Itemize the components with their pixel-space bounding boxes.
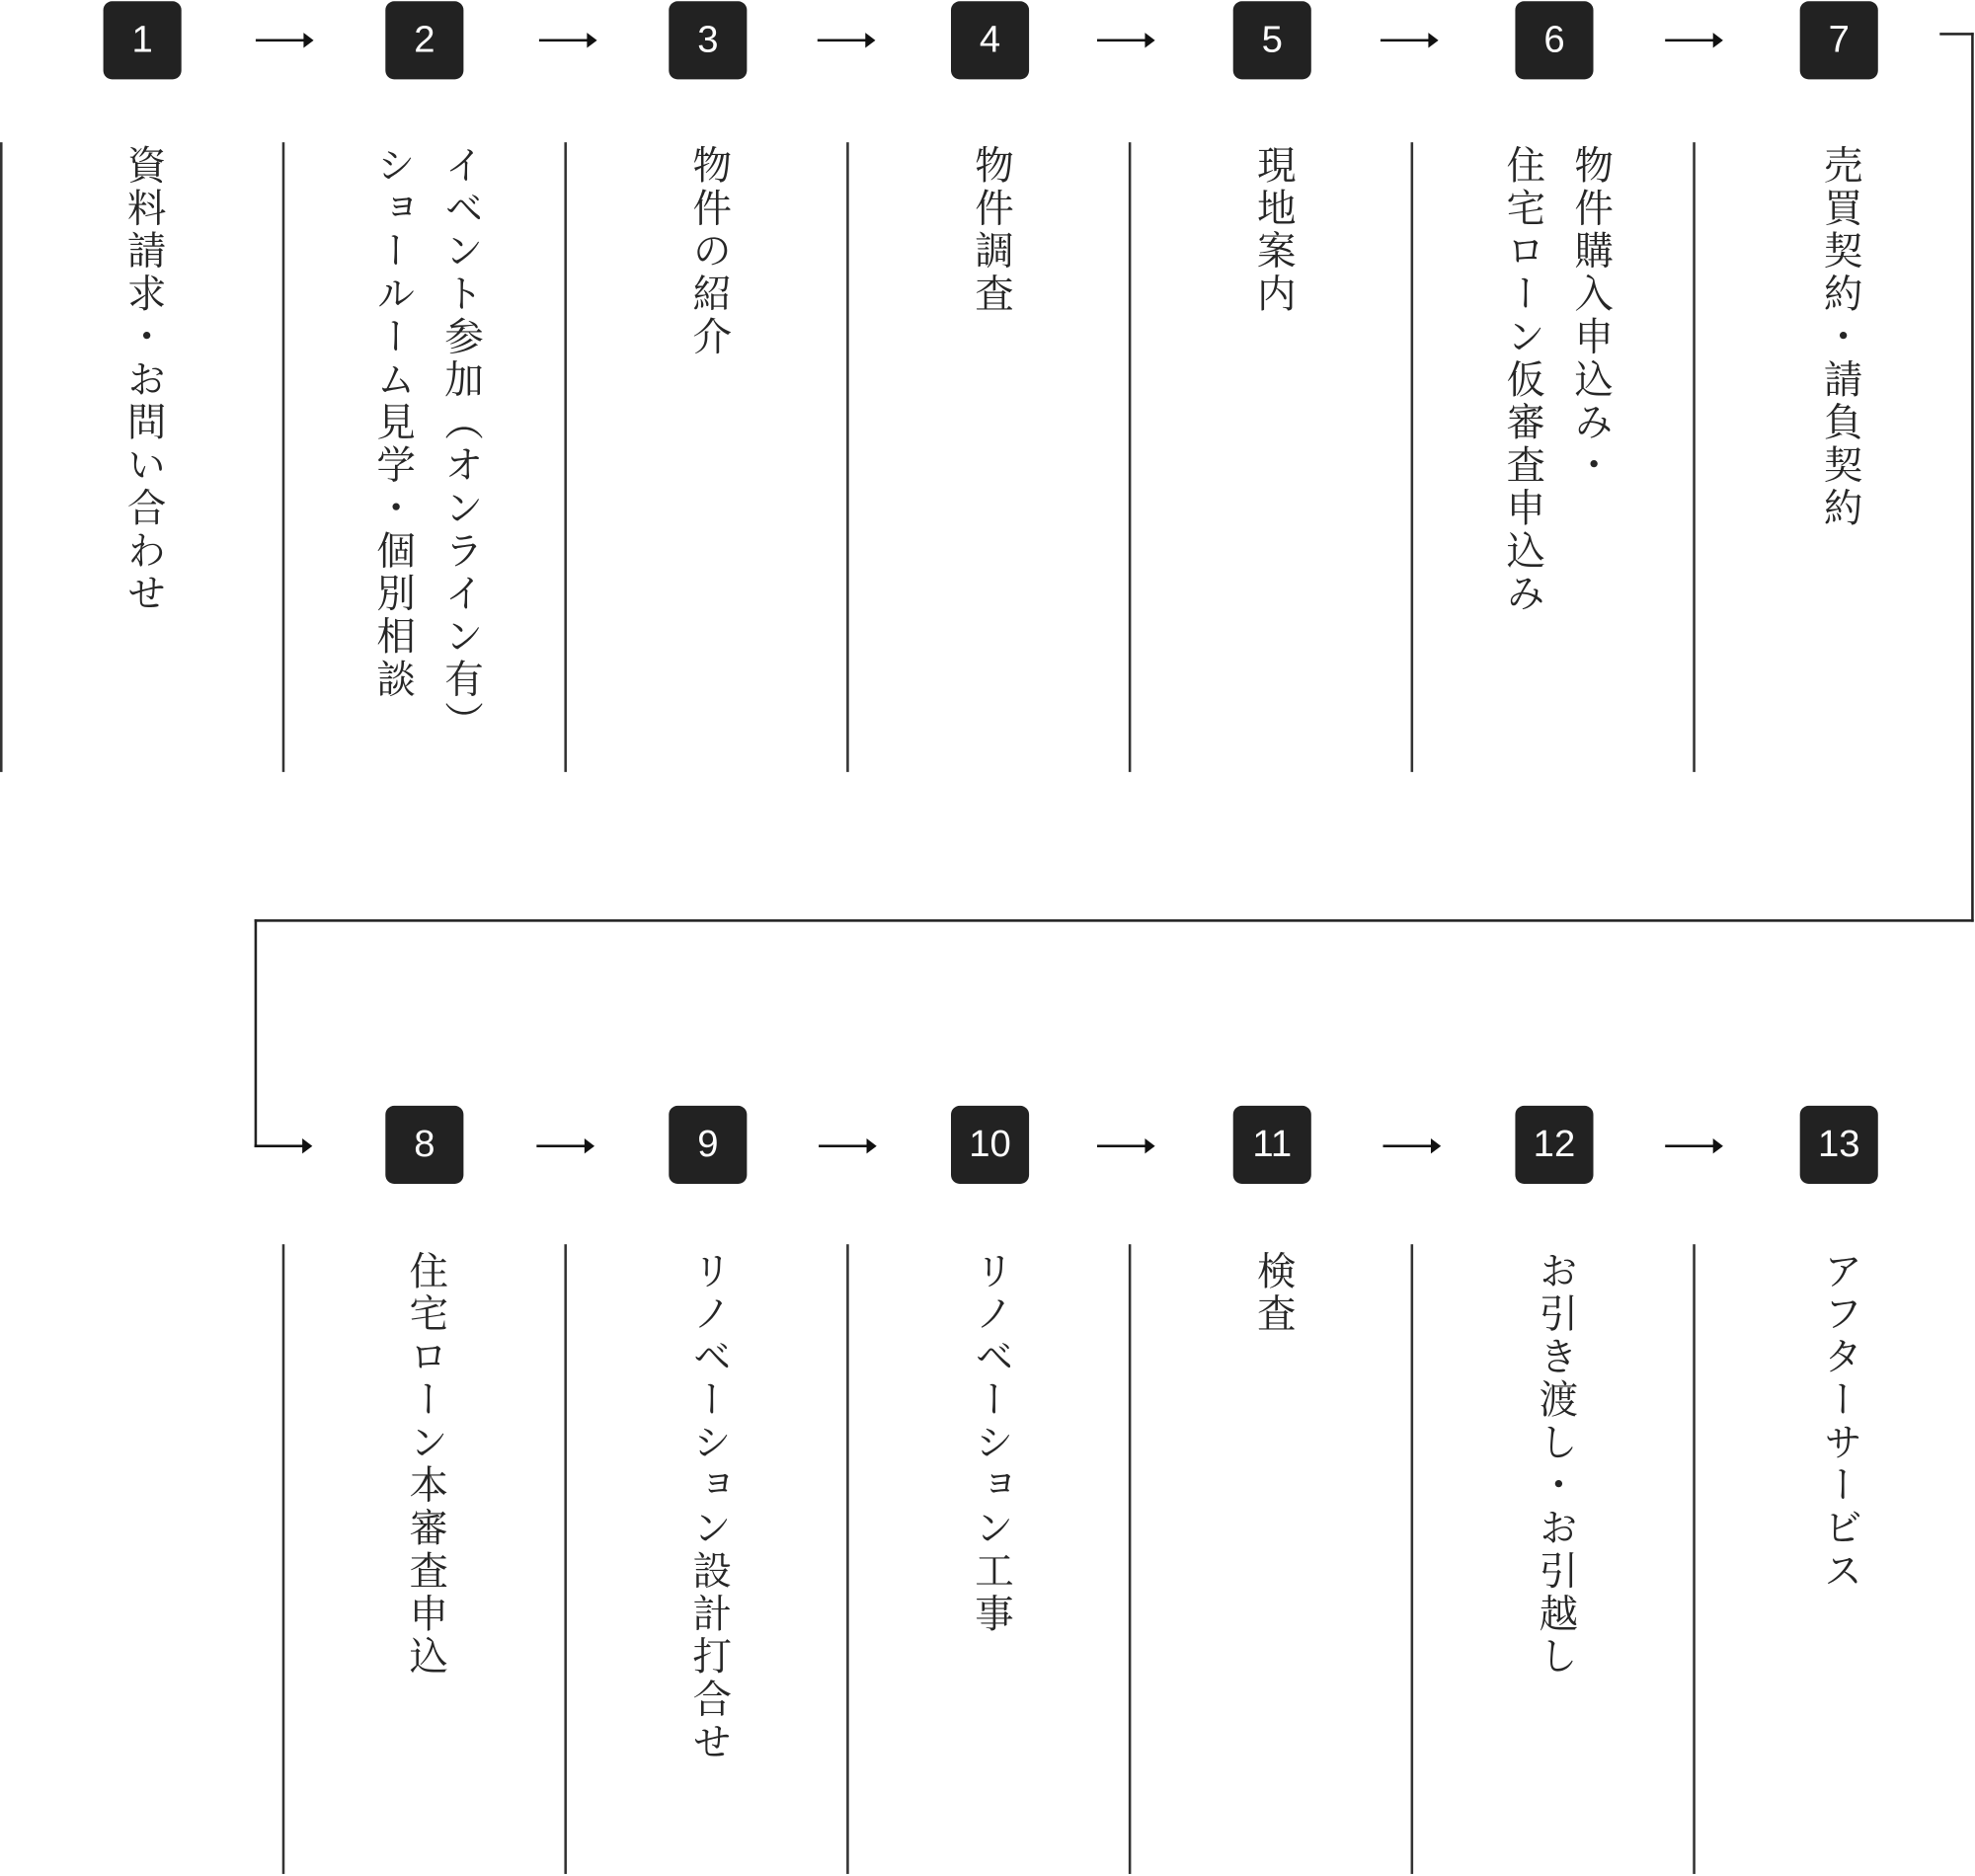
step-label-3: 物件の紹介 [673, 145, 742, 359]
right-arrow-icon [818, 39, 868, 42]
step-box-11: 11 [1233, 1106, 1311, 1184]
right-arrow-icon [1381, 39, 1431, 42]
column-divider [0, 142, 3, 772]
column-divider [1411, 1244, 1414, 1874]
right-arrow-icon [1097, 1144, 1147, 1147]
step-box-4: 4 [951, 1, 1029, 79]
step-label-1: 資料請求・お問い合わせ [109, 145, 177, 616]
step-label-4: 物件調査 [956, 145, 1024, 316]
step-label-10: リノベーション工事 [956, 1251, 1024, 1636]
right-arrow-icon [255, 1144, 305, 1147]
right-arrow-icon [1382, 1144, 1433, 1147]
column-divider [846, 1244, 849, 1874]
connector-segment [1939, 33, 1973, 36]
right-arrow-icon [539, 39, 590, 42]
process-flow-diagram: 1 2 3 4 5 6 7 資料請求・お問い合わせ イベント参加（オンライン有）… [0, 0, 1975, 1876]
step-box-1: 1 [104, 1, 182, 79]
step-box-13: 13 [1800, 1106, 1878, 1184]
right-arrow-icon [1665, 39, 1715, 42]
step-label-12: お引き渡し・お引越し [1521, 1251, 1589, 1680]
step-box-12: 12 [1515, 1106, 1593, 1184]
right-arrow-icon [819, 1144, 869, 1147]
column-divider [564, 142, 567, 772]
column-divider [1129, 142, 1132, 772]
right-arrow-icon [1665, 1144, 1715, 1147]
step-label-7: 売買契約・請負契約 [1805, 145, 1873, 530]
step-box-3: 3 [669, 1, 747, 79]
column-divider [1411, 142, 1414, 772]
column-divider [1129, 1244, 1132, 1874]
step-box-10: 10 [951, 1106, 1029, 1184]
step-label-13: アフターサービス [1805, 1251, 1873, 1594]
connector-segment [255, 919, 258, 1147]
step-box-5: 5 [1233, 1, 1311, 79]
column-divider [282, 1244, 285, 1874]
right-arrow-icon [536, 1144, 587, 1147]
column-divider [564, 1244, 567, 1874]
connector-segment [1971, 33, 1974, 922]
step-label-5: 現地案内 [1238, 145, 1306, 316]
step-label-2: イベント参加（オンライン有） ショールーム見学・個別相談 [357, 145, 494, 744]
step-label-11: 検査 [1238, 1251, 1306, 1337]
step-box-2: 2 [385, 1, 463, 79]
column-divider [846, 142, 849, 772]
step-box-7: 7 [1800, 1, 1878, 79]
step-box-8: 8 [385, 1106, 463, 1184]
step-box-6: 6 [1515, 1, 1593, 79]
column-divider [1693, 142, 1696, 772]
step-label-9: リノベーション設計打合せ [673, 1251, 742, 1764]
right-arrow-icon [1097, 39, 1147, 42]
column-divider [282, 142, 285, 772]
connector-segment [255, 919, 1974, 922]
step-label-8: 住宅ローン本審査申込 [390, 1251, 458, 1680]
right-arrow-icon [256, 39, 306, 42]
step-label-6: 物件購入申込み・ 住宅ローン仮審査申込み [1487, 145, 1623, 616]
step-box-9: 9 [669, 1106, 747, 1184]
column-divider [1693, 1244, 1696, 1874]
